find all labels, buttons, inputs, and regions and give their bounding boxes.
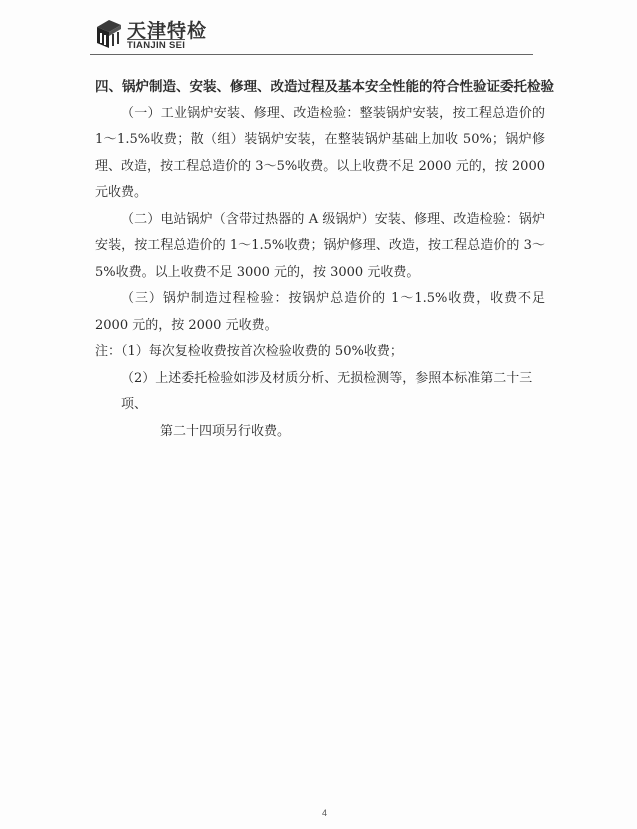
paragraph-power-station-boiler: （二）电站锅炉（含带过热器的 A 级锅炉）安装、修理、改造检验：锅炉安装，按工程… [95, 207, 545, 287]
note-text-1: （1）每次复检收费按首次检验收费的 50%收费； [121, 344, 403, 359]
note-item-1: 注：（1）每次复检收费按首次检验收费的 50%收费； [95, 339, 545, 366]
paragraph-boiler-manufacturing: （三）锅炉制造过程检验：按锅炉总造价的 1～1.5%收费，收费不足 2000 元… [95, 286, 545, 339]
note-item-2: （2）上述委托检验如涉及材质分析、无损检测等，参照本标准第二十三项、第二十四项另… [95, 366, 545, 446]
logo-english-text: TIANJIN SEI [127, 39, 185, 51]
note-label: 注： [95, 344, 121, 359]
logo-building-icon [95, 17, 123, 49]
page-number: 4 [322, 808, 327, 818]
note-text-2: （2）上述委托检验如涉及材质分析、无损检测等，参照本标准第二十三项、 [121, 371, 532, 413]
document-body: 四、锅炉制造、安装、修理、改造过程及基本安全性能的符合性验证委托检验 （一）工业… [95, 74, 545, 445]
section-heading: 四、锅炉制造、安装、修理、改造过程及基本安全性能的符合性验证委托检验 [95, 74, 545, 101]
header-divider [90, 54, 533, 55]
paragraph-industrial-boiler: （一）工业锅炉安装、修理、改造检验：整装锅炉安装，按工程总造价的 1～1.5%收… [95, 101, 545, 207]
note-text-2-continued: 第二十四项另行收费。 [121, 419, 545, 446]
